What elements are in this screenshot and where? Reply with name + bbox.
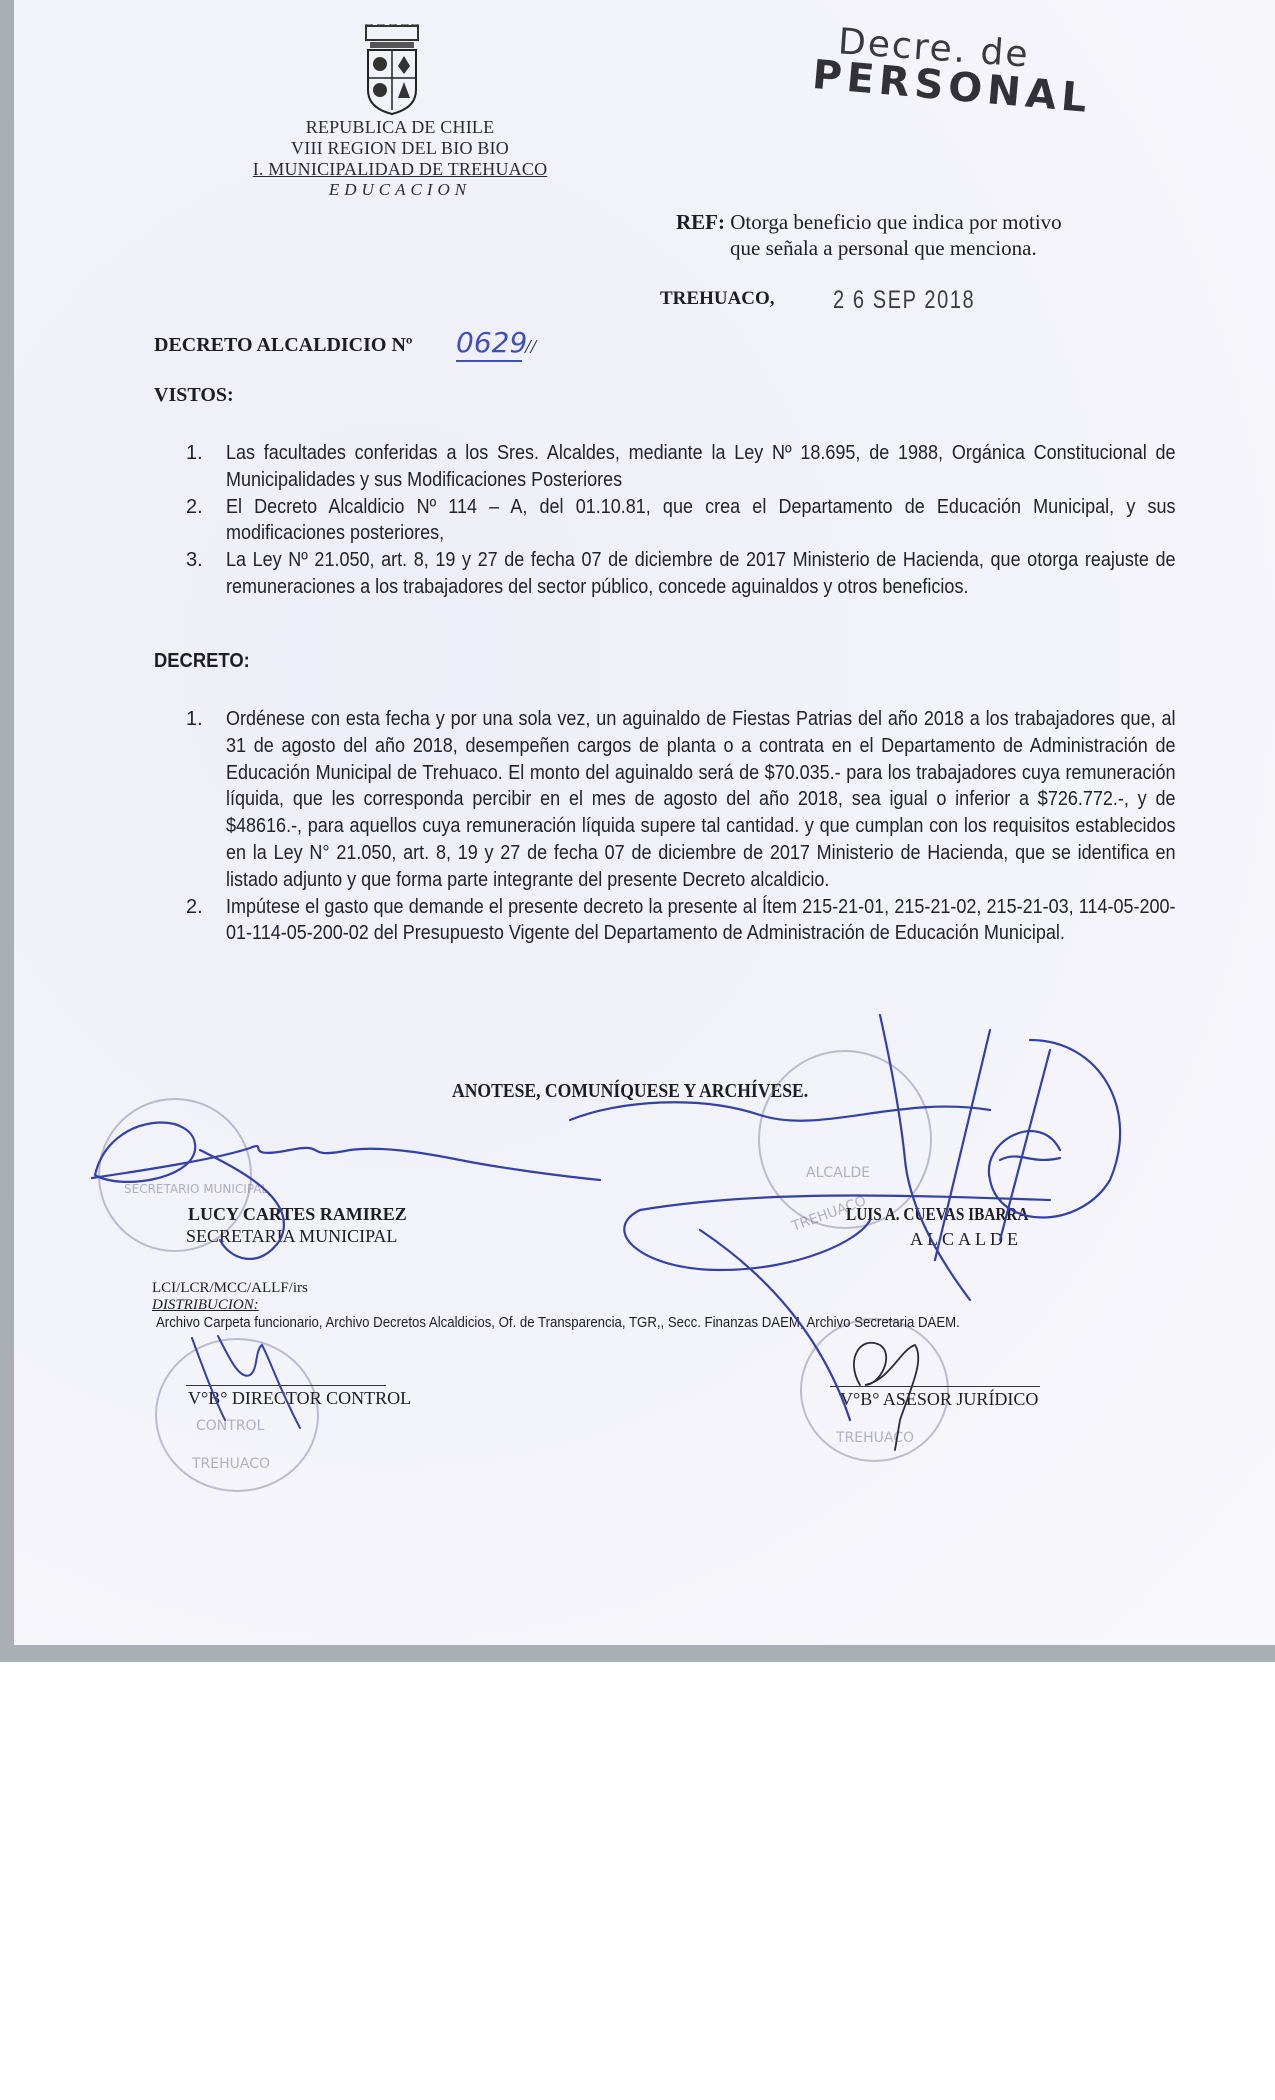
legal-signature (0, 0, 1275, 1662)
